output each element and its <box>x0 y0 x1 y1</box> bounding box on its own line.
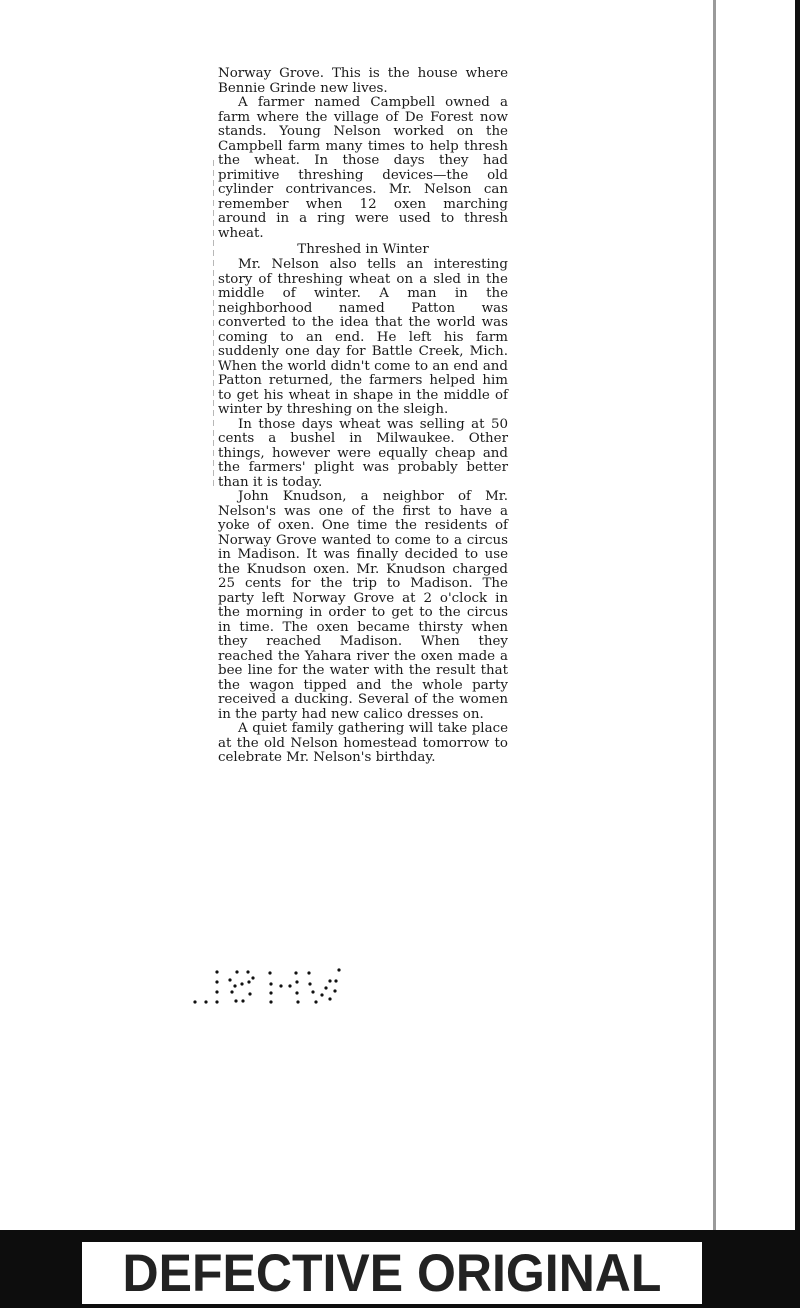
article-paragraph: Mr. Nelson also tells an interesting sto… <box>218 258 508 418</box>
article-paragraph: Norway Grove. This is the house where Be… <box>218 67 508 96</box>
scan-border <box>795 0 800 1230</box>
perforated-stamp <box>190 962 345 1012</box>
article-paragraph: In those days wheat was selling at 50 ce… <box>218 418 508 491</box>
column-rule <box>213 160 214 490</box>
article-paragraph: John Knudson, a neighbor of Mr. Nelson's… <box>218 490 508 722</box>
article-paragraph: A quiet family gathering will take place… <box>218 722 508 766</box>
defective-original-label: DEFECTIVE ORIGINAL <box>82 1242 702 1304</box>
defective-original-text: DEFECTIVE ORIGINAL <box>123 1243 662 1304</box>
page-edge <box>713 0 716 1230</box>
article-subheading: Threshed in Winter <box>218 242 508 257</box>
article-paragraph: A farmer named Campbell owned a farm whe… <box>218 96 508 241</box>
newspaper-article: Norway Grove. This is the house where Be… <box>218 67 508 766</box>
